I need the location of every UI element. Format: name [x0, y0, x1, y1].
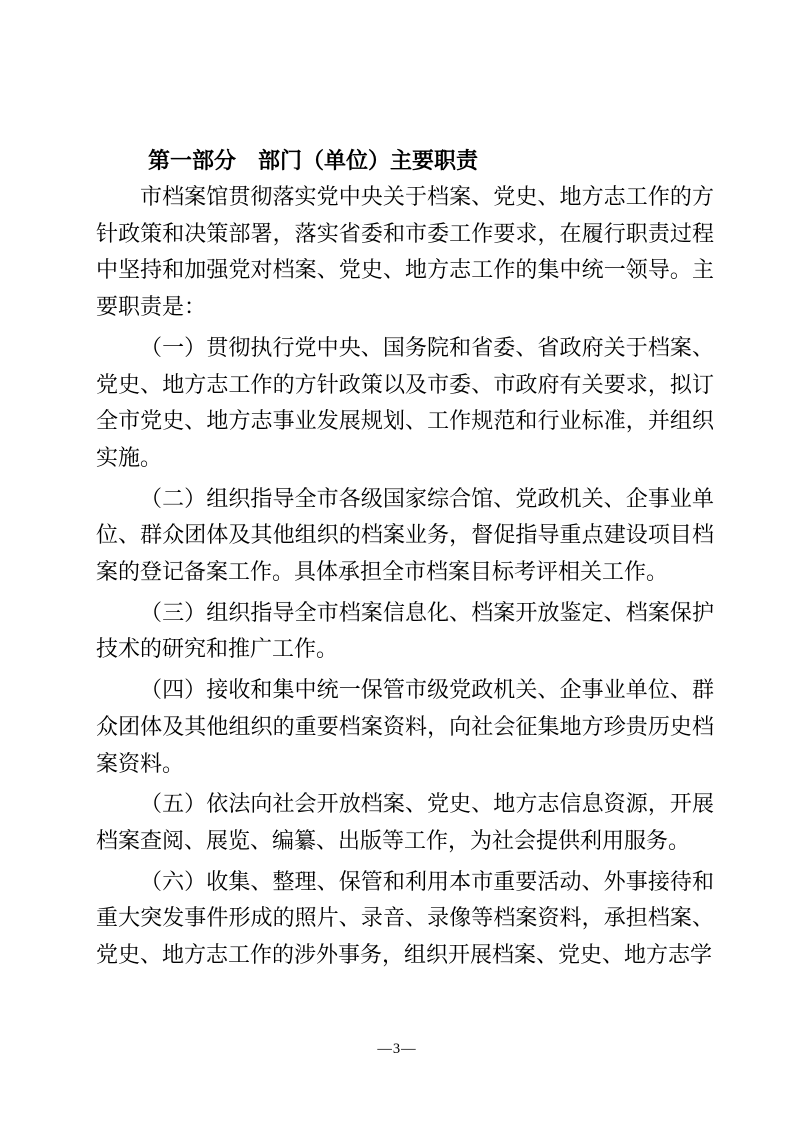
body-paragraph-item-3: （三）组织指导全市档案信息化、档案开放鉴定、档案保护技术的研究和推广工作。 [96, 595, 714, 668]
body-paragraph-item-1: （一）贯彻执行党中央、国务院和省委、省政府关于档案、党史、地方志工作的方针政策以… [96, 330, 714, 477]
body-paragraph-intro: 市档案馆贯彻落实党中央关于档案、党史、地方志工作的方针政策和决策部署，落实省委和… [96, 179, 714, 326]
body-paragraph-item-4: （四）接收和集中统一保管市级党政机关、企事业单位、群众团体及其他组织的重要档案资… [96, 672, 714, 782]
document-content: 第一部分 部门（单位）主要职责 市档案馆贯彻落实党中央关于档案、党史、地方志工作… [96, 142, 714, 974]
page-number: —3— [0, 1041, 794, 1058]
body-paragraph-item-6: （六）收集、整理、保管和利用本市重要活动、外事接待和重大突发事件形成的照片、录音… [96, 864, 714, 974]
document-body: 市档案馆贯彻落实党中央关于档案、党史、地方志工作的方针政策和决策部署，落实省委和… [96, 179, 714, 974]
document-page: 第一部分 部门（单位）主要职责 市档案馆贯彻落实党中央关于档案、党史、地方志工作… [0, 0, 794, 1123]
body-paragraph-item-5: （五）依法向社会开放档案、党史、地方志信息资源，开展档案查阅、展览、编纂、出版等… [96, 786, 714, 859]
document-title: 第一部分 部门（单位）主要职责 [148, 142, 714, 179]
body-paragraph-item-2: （二）组织指导全市各级国家综合馆、党政机关、企事业单位、群众团体及其他组织的档案… [96, 481, 714, 591]
